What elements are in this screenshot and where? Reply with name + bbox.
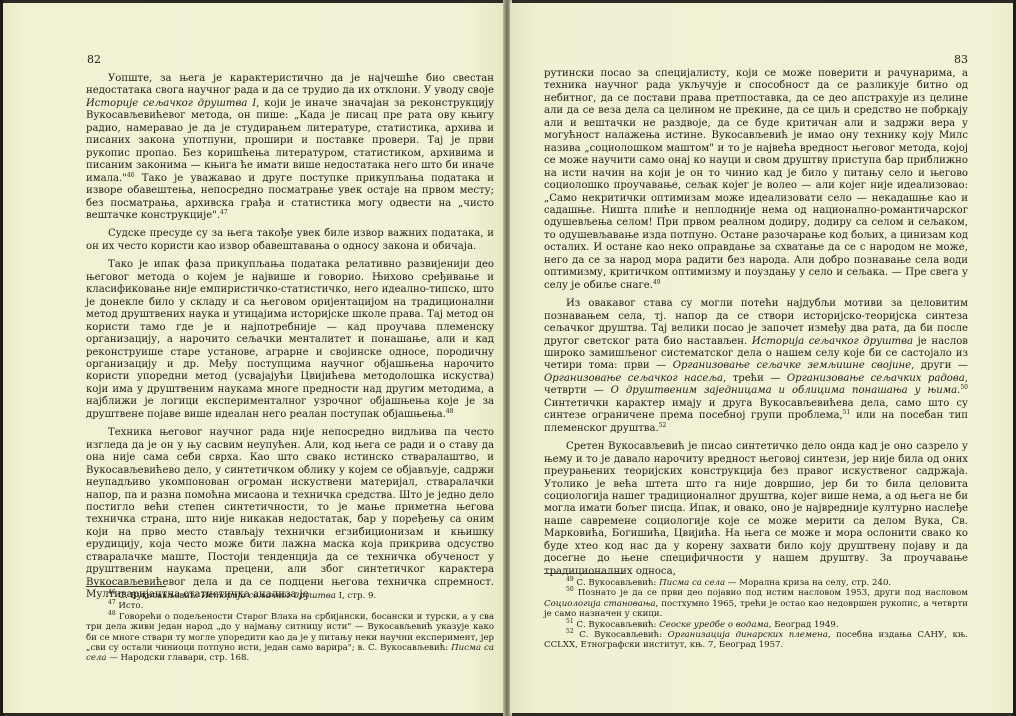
text-run: С. Вукосављевић: [574,578,660,588]
footnote-separator [86,586,166,587]
text-run: , Београд 1949. [769,620,839,630]
paragraph: Из овакавог става су могли потећи најдуб… [544,298,968,435]
left-page: 82 Уопште, за њега је карактеристично да… [3,3,505,713]
text-run: — Морална криза на селу, стр. 240. [725,578,891,588]
paragraph: Техника његовог научног рада није непоср… [86,427,494,601]
footnote-ref: 48 [108,610,116,617]
text-run: С. Вукосављевић: [574,620,660,630]
italic-title: Историја сељачког друштва [752,336,913,347]
italic-title: Историја сељачког друштва [201,591,336,601]
footnote-ref: 50 [566,586,574,593]
footnote: 47 Исто. [86,601,494,611]
page-number: 83 [954,53,968,66]
footnote-ref: 52 [659,422,667,429]
footnote: 46 С. Вукосављевић: Историја сељачког др… [86,591,494,601]
footnote-ref: 47 [108,599,116,606]
text-run: , други — [911,360,968,371]
text-run: Познато је да се први део појавио под ис… [574,588,968,598]
footnote: 48 Говорећи о подељености Старог Влаха н… [86,612,494,664]
text-run: Говорећи о подељености Старог Влаха на с… [86,612,494,653]
text-run: С. Вукосављевић: [574,630,668,640]
text-run: Исто. [116,601,144,611]
text-run: Сретен Вукосављевић је писао синтетичко … [544,441,968,577]
italic-title: Историје сељачког друштва I [86,98,256,109]
text-run: рутински посао за специјалисту, који се … [544,68,968,291]
italic-title: О друштвеним заједницама и облицима пона… [611,385,961,396]
footnote-ref: 51 [566,618,574,625]
text-run: Судске пресуде су за њега такође увек би… [86,228,494,251]
italic-title: Организација динарских племена [668,630,828,640]
footnote-ref: 50 [960,384,968,391]
text-run: — Народски главари, стр. 168. [107,653,250,663]
footnote-ref: 48 [446,408,454,415]
footnote: 50 Познато је да се први део појавио под… [544,588,968,619]
footnote: 51 С. Вукосављевић: Сеоске уредбе о вода… [544,620,968,630]
paragraph: Сретен Вукосављевић је писао синтетичко … [544,441,968,578]
footnote-ref: 46 [127,172,135,179]
footnote-ref: 49 [566,576,574,583]
italic-title: Организовање сељачких радова [787,373,965,384]
paragraph: Тако је ипак фаза прикупљања података ре… [86,259,494,421]
italic-title: Организовање сељачког насеља [544,373,723,384]
footnote-ref: 52 [566,628,574,635]
body-text: Уопште, за њега је карактеристично да је… [86,73,494,608]
body-text: рутински посао за специјалисту, који се … [544,68,968,584]
footnote-ref: 46 [108,589,116,596]
text-run: Техника његовог научног рада није непоср… [86,427,494,600]
footnotes: 46 С. Вукосављевић: Историја сељачког др… [86,591,494,664]
paragraph: рутински посао за специјалисту, који се … [544,68,968,292]
footnote-ref: 49 [653,279,661,286]
page-number: 82 [87,53,101,66]
italic-title: Социологија становања [544,599,656,609]
text-run: , трећи — [723,373,787,384]
right-page: 83 рутински посао за специјалисту, који … [510,3,1013,713]
footnote: 49 С. Вукосављевић: Писма са села — Мора… [544,578,968,588]
text-run: Уопште, за њега је карактеристично да је… [86,73,494,96]
italic-title: Организовање сељачке земљишне својине [673,360,911,371]
footnotes: 49 С. Вукосављевић: Писма са села — Мора… [544,578,968,651]
text-run: Тако је уважавао и друге поступке прикуп… [86,173,494,221]
text-run: Тако је ипак фаза прикупљања података ре… [86,259,494,419]
footnote-ref: 47 [220,209,228,216]
text-run: I, стр. 9. [336,591,376,601]
text-run: , који је иначе значајан за реконструкци… [86,98,494,184]
paragraph: Уопште, за њега је карактеристично да је… [86,73,494,222]
paragraph: Судске пресуде су за њега такође увек би… [86,228,494,253]
italic-title: Сеоске уредбе о водама [659,620,769,630]
footnote: 52 С. Вукосављевић: Организација динарск… [544,630,968,651]
footnote-separator [544,573,624,574]
italic-title: Писма са села [659,578,725,588]
text-run: С. Вукосављевић: [116,591,202,601]
